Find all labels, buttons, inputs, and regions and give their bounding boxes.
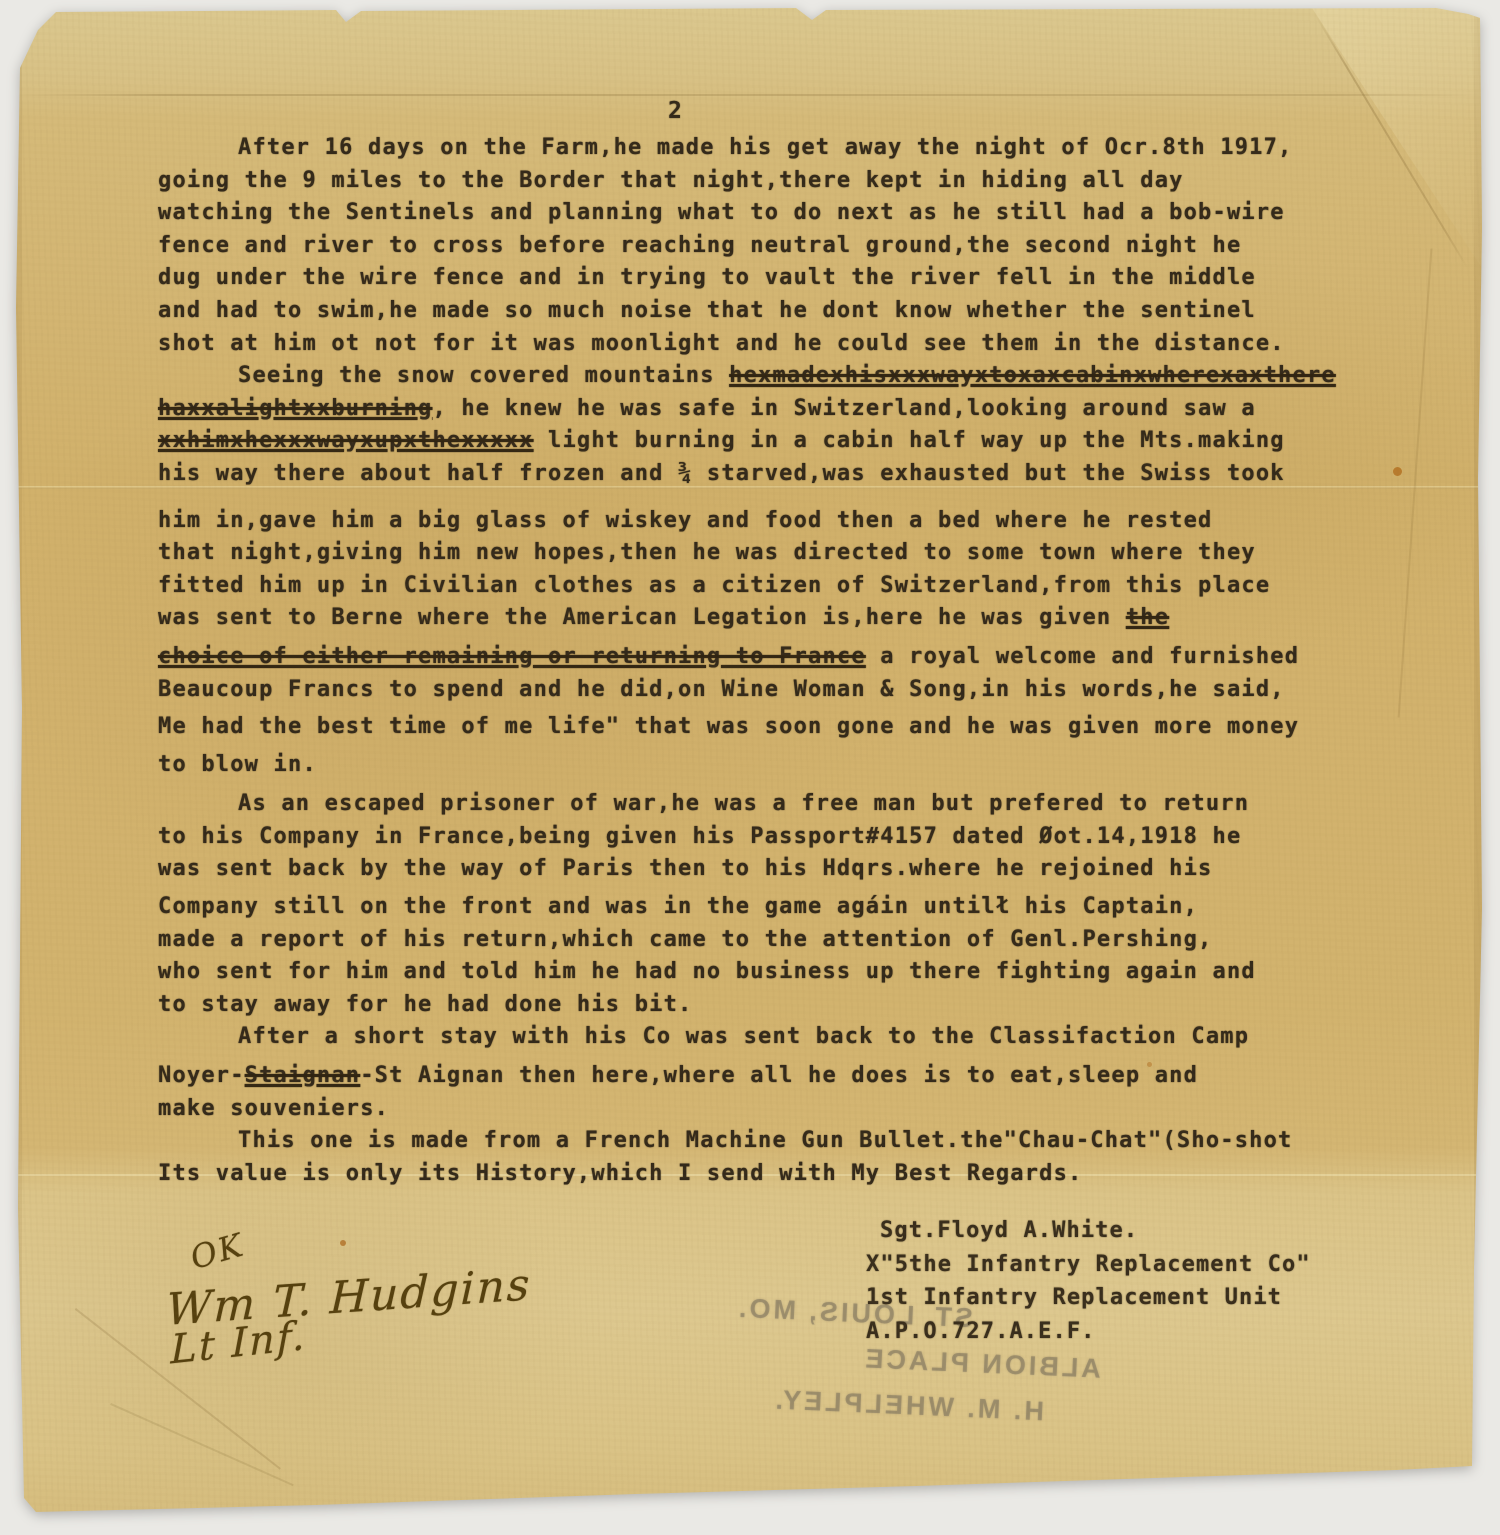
typed-line: was sent to Berne where the American Leg… [158,602,1398,635]
typed-line: watching the Sentinels and planning what… [158,197,1398,230]
typed-text: dug under the wire fence and in trying t… [158,265,1256,290]
typed-text: Seeing the snow covered mountains [238,363,729,388]
typed-line: Me had the best time of me life" that wa… [158,711,1398,744]
typed-text: As an escaped prisoner of war,he was a f… [238,791,1249,816]
typed-line: his way there about half frozen and ¾ st… [158,458,1398,491]
typed-text: make souveniers. [158,1096,389,1121]
typed-text: who sent for him and told him he had no … [158,959,1256,984]
typed-signature-block: Sgt.Floyd A.White. X"5the Infantry Repla… [866,1214,1311,1348]
typed-line: Seeing the snow covered mountains hexmad… [158,360,1398,393]
typed-line: choice of either remaining or returning … [158,641,1398,674]
typed-line: made a report of his return,which came t… [158,924,1398,957]
typed-line: After 16 days on the Farm,he made his ge… [158,132,1398,165]
struck-text: Staignan [245,1063,361,1088]
typed-line: to stay away for he had done his bit. [158,989,1398,1022]
typed-text: Beaucoup Francs to spend and he did,on W… [158,677,1285,702]
typed-line: make souveniers. [158,1093,1398,1126]
handwritten-approval: OK [186,1221,264,1277]
typed-text: Its value is only its History,which I se… [158,1161,1083,1186]
typed-line: Company still on the front and was in th… [158,891,1398,924]
typed-text: After a short stay with his Co was sent … [238,1024,1249,1049]
scan-background: 2 After 16 days on the Farm,he made his … [0,0,1500,1535]
typed-text: his way there about half frozen and ¾ st… [158,461,1285,486]
signature-name: Sgt.Floyd A.White. [866,1214,1311,1248]
typed-text: This one is made from a French Machine G… [238,1128,1293,1153]
typed-text: going the 9 miles to the Border that nig… [158,168,1184,193]
typed-letter-body: After 16 days on the Farm,he made his ge… [158,132,1398,1190]
typed-text: watching the Sentinels and planning what… [158,200,1285,225]
typed-line: shot at him ot not for it was moonlight … [158,328,1398,361]
typed-line: fitted him up in Civilian clothes as a c… [158,570,1398,603]
typed-text: shot at him ot not for it was moonlight … [158,331,1285,356]
typed-text: , he knew he was safe in Switzerland,loo… [432,396,1255,421]
typed-line: who sent for him and told him he had no … [158,956,1398,989]
typed-line: and had to swim,he made so much noise th… [158,295,1398,328]
typed-line: that night,giving him new hopes,then he … [158,537,1398,570]
typed-text: a royal welcome and furnished [866,644,1299,669]
typed-text: and had to swim,he made so much noise th… [158,298,1256,323]
horizontal-crease-top [16,94,1482,96]
typed-text: was sent back by the way of Paris then t… [158,856,1213,881]
signature-unit: 1st Infantry Replacement Unit [866,1281,1311,1315]
typed-line: going the 9 miles to the Border that nig… [158,165,1398,198]
typed-text: to his Company in France,being given his… [158,824,1241,849]
struck-text: hexmadexhisxxxwayxtoxaxcabinxwherexaxthe… [729,363,1336,388]
typed-line: to blow in. [158,749,1398,782]
diagonal-crease-bottom-left-2 [110,1403,294,1486]
struck-text: choice of either remaining or returning … [158,644,866,669]
page-number: 2 [668,98,683,124]
typed-text: Me had the best time of me life" that wa… [158,714,1299,739]
typed-line: him in,gave him a big glass of wiskey an… [158,505,1398,538]
typed-line: was sent back by the way of Paris then t… [158,853,1398,886]
typed-text: made a report of his return,which came t… [158,927,1213,952]
typed-text: was sent to Berne where the American Leg… [158,605,1126,630]
struck-text: xxhimxhexxxwayxupxthexxxxx [158,428,534,453]
struck-text: haxxalightxxburning [158,396,432,421]
typed-line: Its value is only its History,which I se… [158,1158,1398,1191]
vertical-crease-right [1398,249,1433,718]
typed-text: fence and river to cross before reaching… [158,233,1241,258]
struck-text: the [1126,605,1169,630]
typed-text: fitted him up in Civilian clothes as a c… [158,573,1270,598]
typed-line: to his Company in France,being given his… [158,821,1398,854]
typed-line: Noyer-Staignan-St Aignan then here,where… [158,1060,1398,1093]
typed-line: xxhimxhexxxwayxupxthexxxxx light burning… [158,425,1398,458]
typed-text: Noyer- [158,1063,245,1088]
typed-text: Company still on the front and was in th… [158,894,1198,919]
handwritten-endorsement: OK Wm T. Hudgins Lt Inf. [166,1230,532,1365]
typed-text: that night,giving him new hopes,then he … [158,540,1256,565]
typed-line: This one is made from a French Machine G… [158,1125,1398,1158]
typed-text: him in,gave him a big glass of wiskey an… [158,508,1213,533]
typed-text: light burning in a cabin half way up the… [534,428,1285,453]
typed-text: -St Aignan then here,where all he does i… [360,1063,1198,1088]
typed-text: to blow in. [158,752,317,777]
letter-page: 2 After 16 days on the Farm,he made his … [16,8,1482,1512]
typed-text: After 16 days on the Farm,he made his ge… [238,135,1293,160]
typed-line: dug under the wire fence and in trying t… [158,262,1398,295]
typed-line: Beaucoup Francs to spend and he did,on W… [158,674,1398,707]
typed-line: As an escaped prisoner of war,he was a f… [158,788,1398,821]
typed-line: After a short stay with his Co was sent … [158,1021,1398,1054]
signature-apo: A.P.O.727.A.E.F. [866,1315,1311,1349]
typed-text: to stay away for he had done his bit. [158,992,692,1017]
typed-line: fence and river to cross before reaching… [158,230,1398,263]
signature-company: X"5the Infantry Replacement Co" [866,1248,1311,1282]
typed-line: haxxalightxxburning, he knew he was safe… [158,393,1398,426]
